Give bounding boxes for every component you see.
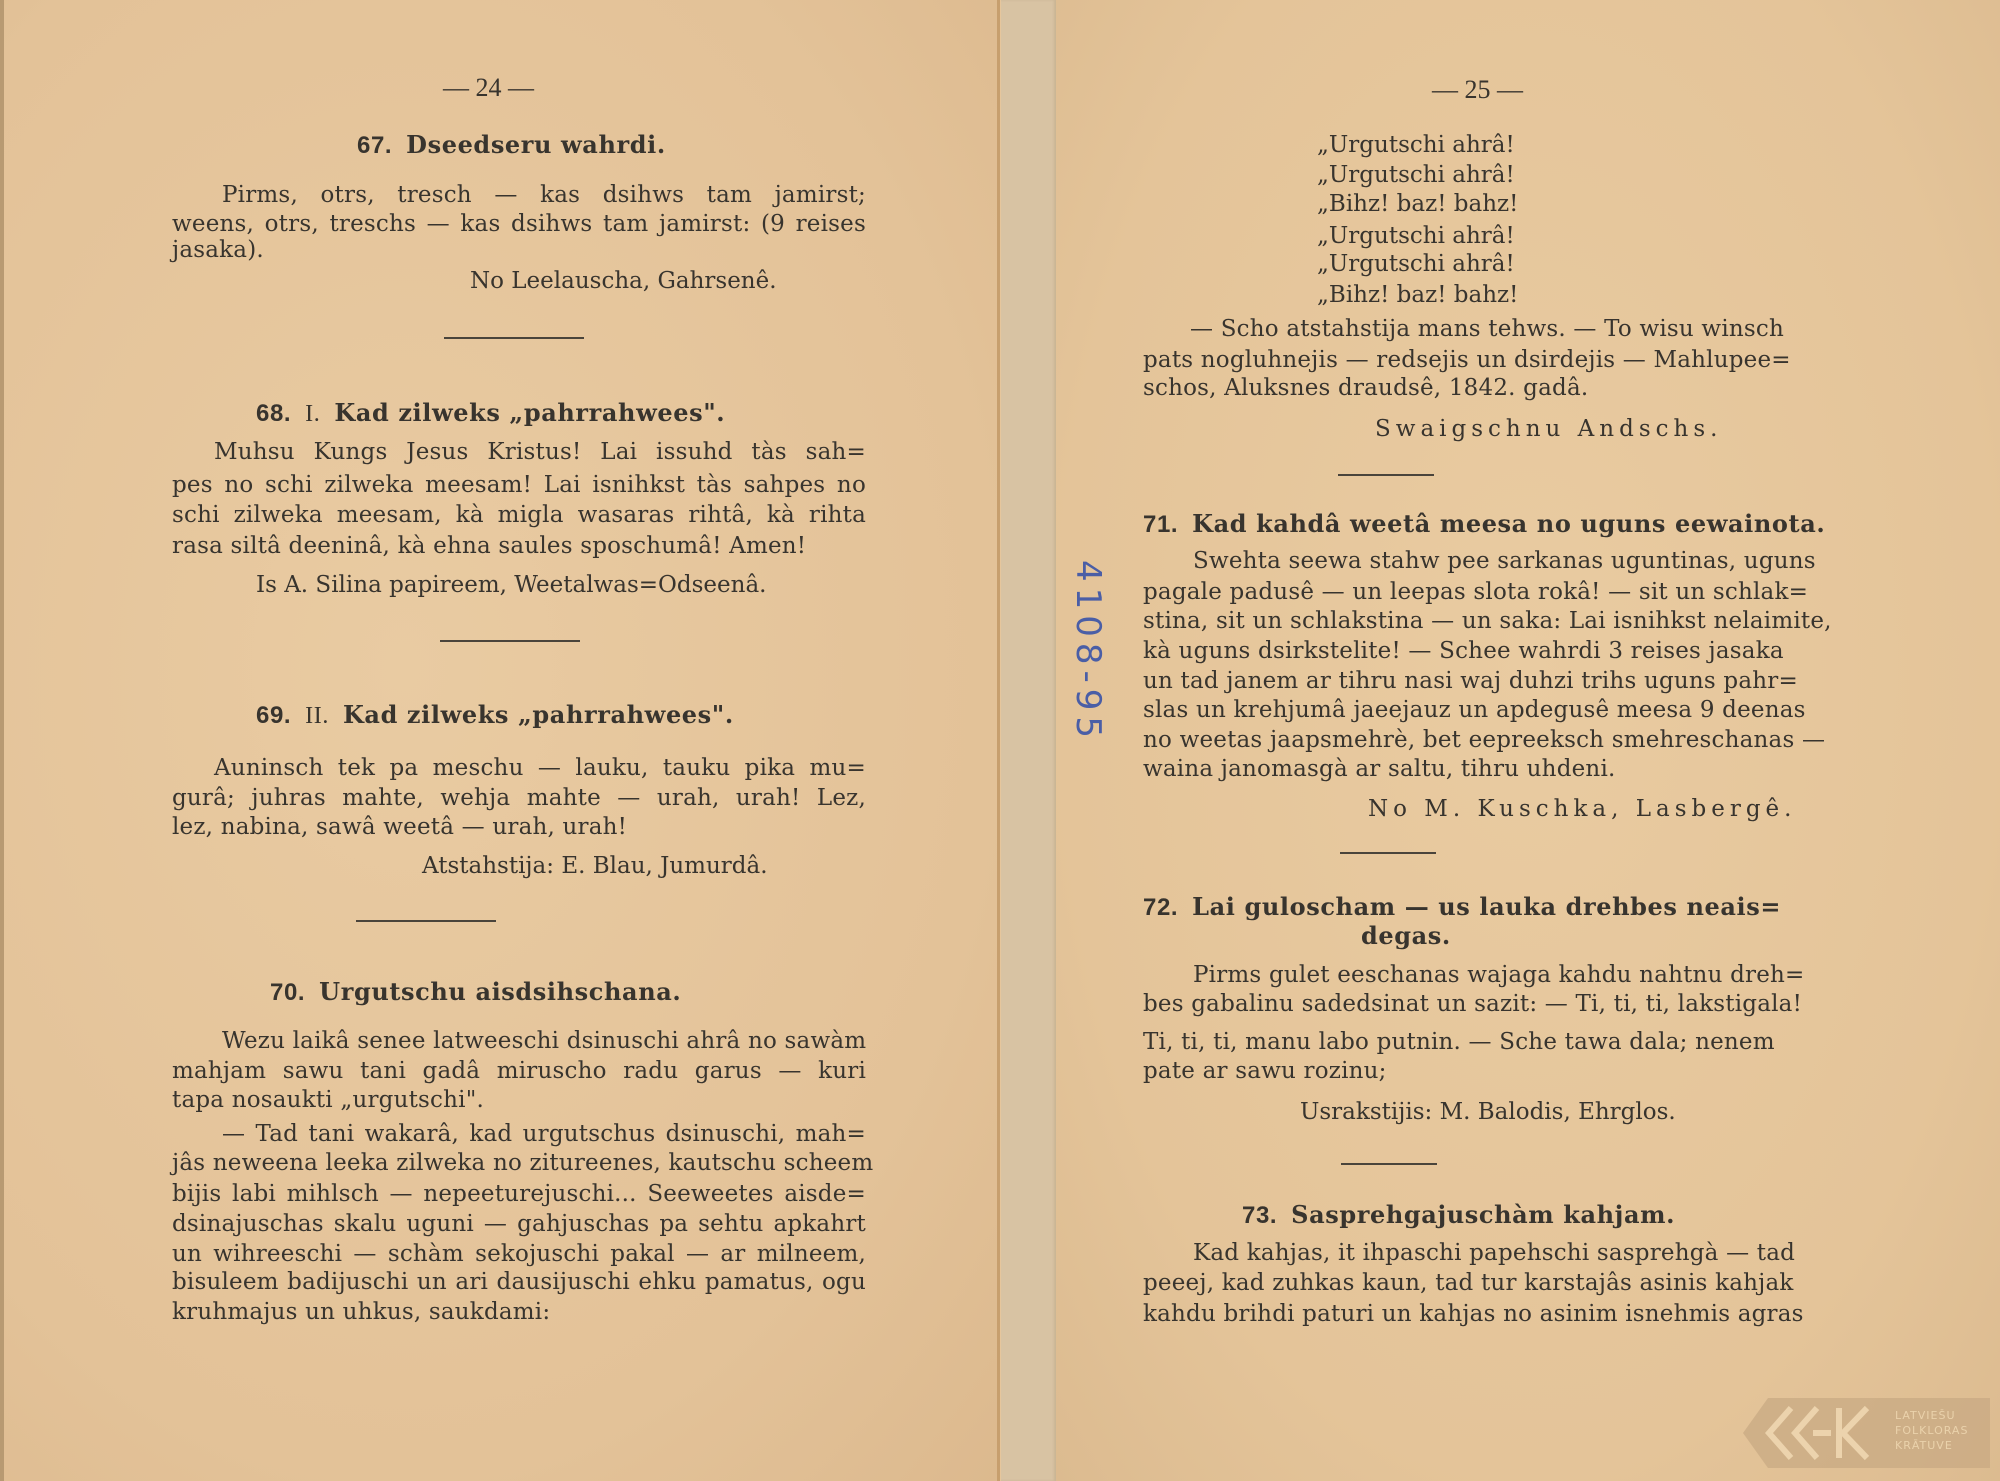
text-line: — Scho atstahstija mans tehws. — To wisu… [1190, 315, 1630, 343]
text-line: waina janomasgà ar saltu, tihru uhdeni. [1143, 755, 1616, 783]
entry-number: 69. [256, 702, 291, 729]
verse-line: „Urgutschi ahrâ! [1317, 222, 1515, 250]
verse-line: „Urgutschi ahrâ! [1317, 131, 1515, 159]
entry-source: No Leelauscha, Gahrsenê. [470, 267, 777, 295]
verse-line: „Urgutschi ahrâ! [1317, 161, 1515, 189]
text-line: Ti, ti, ti, manu labo putnin. — Sche taw… [1143, 1028, 1630, 1056]
entry-title: Dseedseru wahrdi. [406, 130, 666, 159]
entry-title: Urgutschu aisdsihschana. [319, 977, 681, 1006]
entry-roman-numeral: I. [305, 401, 320, 427]
text-line: tapa nosaukti „urgutschi". [172, 1086, 484, 1114]
handwritten-catalog-number: 4108-95 [1068, 560, 1108, 744]
entry-number: 70. [270, 979, 305, 1006]
text-line: Swehta seewa stahw pee sarkanas uguntina… [1193, 547, 1630, 575]
text-line: kahdu brihdi paturi un kahjas no asinim … [1143, 1300, 1630, 1328]
text-line: no weetas jaapsmehrè, bet eepreeksch sme… [1143, 726, 1630, 754]
page-number-24: — 24 — [443, 73, 534, 103]
entry-title: Kad kahdâ weetâ meesa no uguns eewainota… [1192, 509, 1825, 538]
text-line: pats nogluhnejis — redsejis un dsirdejis… [1143, 346, 1630, 374]
entry-number: 72. [1143, 894, 1178, 921]
text-line: dsinajuschas skalu uguni — gahjuschas pa… [172, 1210, 866, 1238]
entry-source: No M. Kuschka, Lasbergê. [1368, 795, 1796, 823]
entry-67-heading: 67.Dseedseru wahrdi. [357, 130, 666, 161]
entry-title: Kad zilweks „pahrrahwees". [334, 398, 725, 427]
verse-line: „Urgutschi ahrâ! [1317, 250, 1515, 278]
text-line: schi zilweka meesam, kà migla wasaras ri… [172, 501, 866, 529]
entry-title: Lai guloscham — us lauka drehbes neais= [1192, 892, 1781, 921]
section-divider [444, 337, 584, 339]
text-line: kruhmajus un uhkus, saukdami: [172, 1298, 550, 1326]
watermark-line: KRĀTUVE [1895, 1438, 1995, 1453]
text-line: stina, sit un schlakstina — un saka: Lai… [1143, 607, 1630, 635]
entry-source: Atstahstija: E. Blau, Jumurdâ. [422, 852, 768, 880]
entry-71-heading: 71.Kad kahdâ weetâ meesa no uguns eewain… [1143, 509, 1825, 540]
entry-69-heading: 69.II.Kad zilweks „pahrrahwees". [256, 700, 734, 731]
text-line: pagale padusê — un leepas slota rokâ! — … [1143, 578, 1630, 606]
text-line: Pirms, otrs, tresch — kas dsihws tam jam… [222, 181, 866, 209]
entry-number: 71. [1143, 511, 1178, 538]
text-line: weens, otrs, treschs — kas dsihws tam ja… [172, 210, 866, 238]
section-divider [1340, 852, 1436, 854]
entry-number: 68. [256, 400, 291, 427]
verse-line: „Bihz! baz! bahz! [1317, 281, 1518, 309]
text-line: pes no schi zilweka meesam! Lai isnihkst… [172, 471, 866, 499]
text-line: lez, nabina, sawâ weetâ — urah, urah! [172, 813, 627, 841]
section-divider [356, 920, 496, 922]
entry-title: Kad zilweks „pahrrahwees". [343, 700, 734, 729]
text-line: jasaka). [172, 236, 264, 264]
entry-source: Swaigschnu Andschs. [1375, 415, 1722, 443]
text-line: — Tad tani wakarâ, kad urgutschus dsinus… [222, 1120, 866, 1148]
text-line: kà uguns dsirkstelite! — Schee wahrdi 3 … [1143, 637, 1630, 665]
watermark-line: LATVIEŠU [1895, 1408, 1995, 1423]
text-line: bisuleem badijuschi un ari dausijuschi e… [172, 1268, 866, 1296]
entry-68-heading: 68.I.Kad zilweks „pahrrahwees". [256, 398, 725, 429]
watermark-line: FOLKLORAS [1895, 1423, 1995, 1438]
section-divider [1338, 474, 1434, 476]
entry-73-heading: 73.Sasprehgajuschàm kahjam. [1242, 1200, 1675, 1231]
entry-source: Usrakstijis: M. Balodis, Ehrglos. [1300, 1098, 1676, 1126]
entry-number: 73. [1242, 1202, 1277, 1229]
text-line: bes gabalinu sadedsinat un sazit: — Ti, … [1143, 990, 1630, 1018]
text-line: Auninsch tek pa meschu — lauku, tauku pi… [214, 754, 866, 782]
text-line: slas un krehjumâ jaeejauz un apdegusê me… [1143, 696, 1630, 724]
entry-72-heading-continued: degas. [1361, 921, 1451, 951]
entry-72-heading: 72.Lai guloscham — us lauka drehbes neai… [1143, 892, 1630, 923]
entry-roman-numeral: II. [305, 703, 329, 729]
text-line: Pirms gulet eeschanas wajaga kahdu nahtn… [1193, 961, 1630, 989]
text-line: schos, Aluksnes draudsê, 1842. gadâ. [1143, 374, 1588, 402]
entry-70-heading: 70.Urgutschu aisdsihschana. [270, 977, 681, 1008]
entry-title: Sasprehgajuschàm kahjam. [1291, 1200, 1675, 1229]
text-line: peeej, kad zuhkas kaun, tad tur karstajâ… [1143, 1269, 1630, 1297]
text-line: Muhsu Kungs Jesus Kristus! Lai issuhd tà… [214, 438, 866, 466]
section-divider [1341, 1163, 1437, 1165]
text-line: mahjam sawu tani gadâ miruscho radu garu… [172, 1057, 866, 1085]
entry-source: Is A. Silina papireem, Weetalwas=Odseenâ… [256, 571, 766, 599]
entry-number: 67. [357, 132, 392, 159]
page-number-25: — 25 — [1432, 75, 1523, 105]
text-line: Kad kahjas, it ihpaschi papehschi saspre… [1193, 1239, 1630, 1267]
text-line: un wihreeschi — schàm sekojuschi pakal —… [172, 1240, 866, 1268]
text-line: bijis labi mihlsch — nepeeturejuschi... … [172, 1180, 866, 1208]
gutter-strip [1001, 0, 1056, 1481]
text-line: rasa siltâ deeninâ, kà ehna saules sposc… [172, 532, 806, 560]
text-line: un tad janem ar tihru nasi waj duhzi tri… [1143, 667, 1630, 695]
text-line: pate ar sawu rozinu; [1143, 1057, 1387, 1085]
text-line: jâs neweena leeka zilweka no zitureenes,… [172, 1149, 866, 1177]
watermark-text: LATVIEŠU FOLKLORAS KRĀTUVE [1895, 1408, 1995, 1453]
text-line: gurâ; juhras mahte, wehja mahte — urah, … [172, 784, 866, 812]
verse-line: „Bihz! baz! bahz! [1317, 190, 1518, 218]
section-divider [440, 640, 580, 642]
gutter-crease [997, 0, 1000, 1481]
text-line: Wezu laikâ senee latweeschi dsinuschi ah… [222, 1027, 866, 1055]
